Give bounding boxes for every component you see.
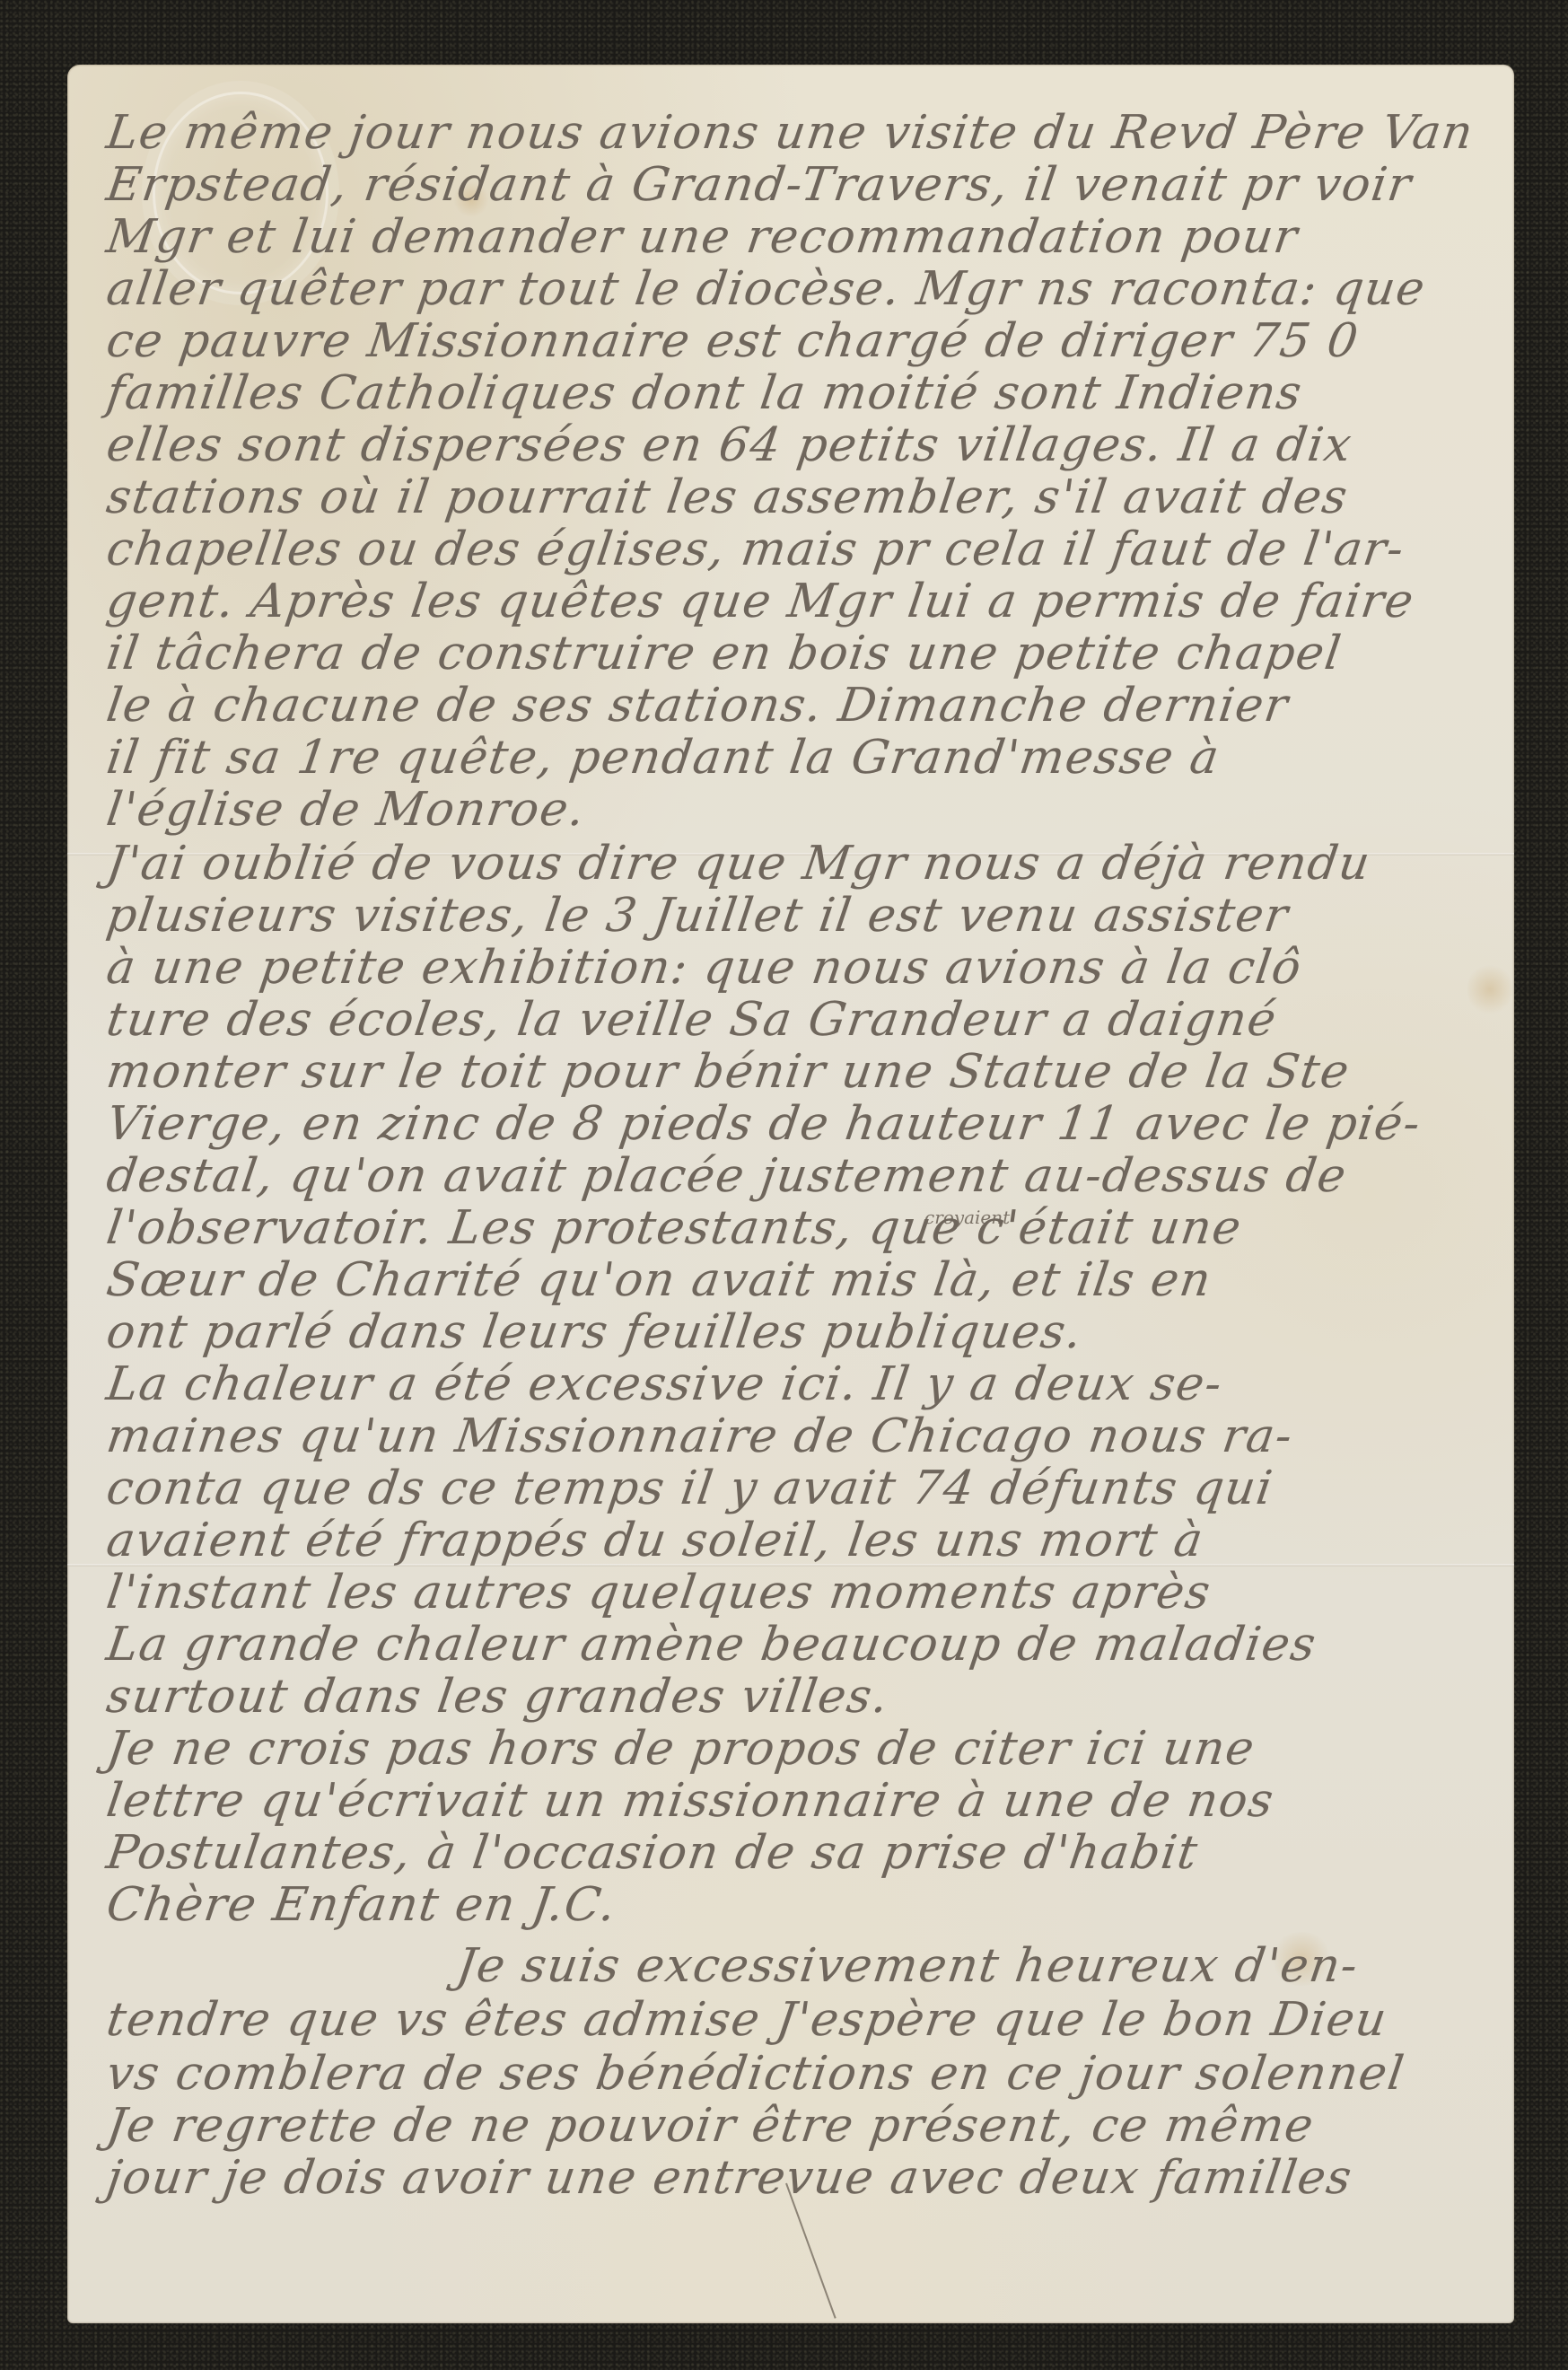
text-line: Postulantes, à l'occasion de sa prise d'… — [103, 1826, 1202, 1880]
text-line: jour je dois avoir une entrevue avec deu… — [103, 2151, 1356, 2205]
text-line: Je suis excessivement heureux d'en- — [453, 1939, 1362, 1993]
text-line: Mgr et lui demander une recommandation p… — [103, 210, 1301, 264]
text-line: Vierge, en zinc de 8 pieds de hauteur 11… — [103, 1097, 1424, 1151]
text-line: le à chacune de ses stations. Dimanche d… — [103, 679, 1292, 733]
text-line: La grande chaleur amène beaucoup de mala… — [103, 1618, 1320, 1672]
text-line: destal, qu'on avait placée justement au-… — [103, 1149, 1350, 1203]
text-line: stations où il pourrait les assembler, s… — [103, 470, 1352, 524]
text-line: l'instant les autres quelques moments ap… — [103, 1566, 1214, 1619]
text-line: à une petite exhibition: que nous avions… — [103, 941, 1305, 995]
text-line: monter sur le toit pour bénir une Statue… — [103, 1045, 1353, 1099]
text-line: l'observatoir. Les protestants, que c'ét… — [103, 1201, 1246, 1255]
text-line: surtout dans les grandes villes. — [103, 1670, 892, 1724]
text-line: ce pauvre Missionnaire est chargé de dir… — [103, 314, 1362, 368]
text-line: Je regrette de ne pouvoir être présent, … — [103, 2099, 1318, 2153]
text-line: il tâchera de construire en bois une pet… — [103, 627, 1345, 680]
text-line: aller quêter par tout le diocèse. Mgr ns… — [103, 262, 1429, 316]
text-line: lettre qu'écrivait un missionnaire à une… — [103, 1774, 1278, 1828]
text-line: Je ne crois pas hors de propos de citer … — [103, 1722, 1258, 1776]
text-line: maines qu'un Missionnaire de Chicago nou… — [103, 1409, 1297, 1463]
text-line: chapelles ou des églises, mais pr cela i… — [103, 522, 1408, 576]
text-line: Le même jour nous avions une visite du R… — [103, 106, 1477, 160]
text-line: ont parlé dans leurs feuilles publiques. — [103, 1305, 1086, 1359]
text-line: ture des écoles, la veille Sa Grandeur a… — [103, 993, 1281, 1047]
text-line: tendre que vs êtes admise J'espère que l… — [103, 1993, 1391, 2047]
text-line: elles sont dispersées en 64 petits villa… — [103, 418, 1356, 472]
text-line: Erpstead, résidant à Grand-Travers, il v… — [103, 158, 1415, 212]
text-line: Sœur de Charité qu'on avait mis là, et i… — [103, 1253, 1215, 1307]
text-line: conta que ds ce temps il y avait 74 défu… — [103, 1461, 1276, 1515]
text-line: il fit sa 1re quête, pendant la Grand'me… — [103, 731, 1223, 785]
text-line: La chaleur a été excessive ici. Il y a d… — [103, 1357, 1226, 1411]
text-line: l'église de Monroe. — [103, 783, 589, 837]
text-line: familles Catholiques dont la moitié sont… — [103, 366, 1306, 420]
text-line: gent. Après les quêtes que Mgr lui a per… — [103, 575, 1418, 628]
text-line: plusieurs visites, le 3 Juillet il est v… — [103, 889, 1292, 943]
text-line: vs comblera de ses bénédictions en ce jo… — [103, 2047, 1408, 2101]
salutation: Chère Enfant en J.C. — [103, 1878, 620, 1932]
text-line: J'ai oublié de vous dire que Mgr nous a … — [103, 837, 1374, 891]
paper-stain — [1467, 962, 1512, 1016]
text-line: avaient été frappés du soleil, les uns m… — [103, 1514, 1207, 1567]
